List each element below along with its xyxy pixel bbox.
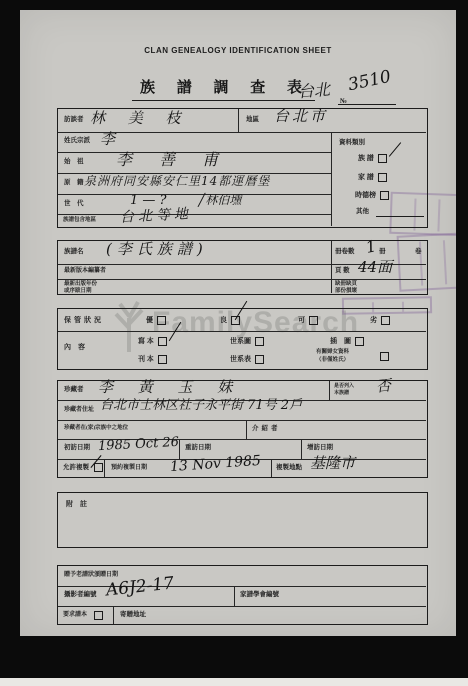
option-label: 族 譜 (358, 154, 374, 162)
category-option: 家 譜 (358, 173, 387, 182)
checkbox (355, 337, 364, 346)
option-label: 優 (146, 316, 153, 324)
checkmark (389, 142, 401, 156)
table-line (58, 331, 426, 332)
copy-date-value: 13 Nov 1985 (170, 454, 262, 474)
checkbox (378, 154, 387, 163)
table-line (58, 420, 426, 421)
category-option: 時德榜 (355, 191, 389, 200)
damaged-label: 部份損壞 (335, 289, 357, 295)
table-line (234, 586, 235, 606)
checkbox (255, 337, 264, 346)
extra-visit-label: 增訪日期 (307, 445, 333, 452)
coverage-label: 族譜包含地區 (63, 218, 96, 224)
interviewer-label: 訪談者 (64, 117, 84, 124)
origin-value: 泉洲府同安縣安仁里14都運曆堡 (84, 175, 270, 187)
option-label: 插 圖 (330, 337, 351, 345)
send-address-label: 寄贈地址 (120, 612, 146, 619)
option-label: 世系圖 (230, 337, 251, 345)
award-date-label: 贈予老譜狀頒贈日期 (64, 572, 118, 578)
listed-value: 否 (375, 378, 392, 394)
table-line (246, 420, 247, 439)
checkbox (255, 355, 264, 364)
ancestor-label: 始 祖 (64, 159, 84, 166)
first-visit-label: 初訪日期 (64, 445, 90, 452)
missing-label: 缺冊缺頁 (335, 282, 357, 288)
compiler-label: 最新版本編纂者 (64, 268, 106, 274)
table-line (331, 241, 332, 293)
interview-table: 訪談者 林 美 枝 地區 台北市 姓氏宗派 李 始 祖 李 善 甫 原 籍 泉洲… (57, 108, 428, 228)
notes-label: 附 註 (66, 501, 87, 508)
checkbox (158, 337, 167, 346)
genealogy-name-value: (李氏族譜) (106, 242, 208, 257)
paper-sheet: CLAN GENEALOGY IDENTIFICATION SHEET 族 譜 … (20, 10, 456, 636)
volumes-label: 冊卷數 (335, 249, 355, 256)
volumes-unit-b: 卷 (415, 249, 422, 256)
volumes-value: 1 (364, 238, 377, 256)
position-label: 珍藏者在(家)宗族中之地位 (64, 426, 128, 432)
genealogy-table: 族譜名 (李氏族譜) 冊卷數 1 冊 卷 最新版本編纂者 頁 數 44面 最新出… (57, 240, 428, 295)
other-underline (376, 216, 424, 217)
women-data-sub: （非僅姓氏） (316, 358, 349, 364)
copy-place-label: 複製地點 (276, 465, 302, 472)
generation-note: ╱林伯壎 (198, 194, 241, 206)
category-other-label: 其他 (356, 209, 369, 216)
option-label: 世系表 (230, 355, 251, 363)
option-label: 劣 (370, 316, 377, 324)
checkbox (380, 352, 389, 361)
allow-copy-label: 允許複製 (63, 465, 89, 472)
generation-value: 1 — ? (130, 194, 167, 207)
introducer-label: 介紹者 (252, 426, 281, 433)
notes-table: 附 註 (57, 492, 428, 548)
address-label: 珍藏者住址 (64, 407, 94, 413)
coverage-value: 台北等地 (120, 207, 193, 225)
option-label: 可 (298, 316, 305, 324)
option-label: 寫 本 (138, 337, 154, 345)
checkmark (235, 301, 248, 320)
area-label: 地區 (246, 117, 259, 124)
number-underline (338, 104, 396, 105)
area-value: 台北市 (274, 109, 328, 124)
option-label: 良 (220, 316, 227, 324)
origin-label: 原 籍 (64, 180, 84, 187)
category-option: 族 譜 (358, 154, 387, 163)
holder-table: 珍藏者 李 黃 玉 妹 是否列入 本族譜 否 珍藏者住址 台北市士林区社子永平街… (57, 380, 428, 478)
table-line (58, 279, 426, 280)
content-label: 內 容 (64, 344, 85, 351)
content-option: 世系表 (230, 355, 264, 364)
checkbox (380, 191, 389, 200)
content-option: 世系圖 (230, 337, 264, 346)
listed-label: 本族譜 (334, 391, 349, 396)
surname-label: 姓氏宗派 (64, 138, 90, 145)
revisit-label: 重訪日期 (185, 445, 211, 452)
pub-year-label: 最新出版年份 (64, 282, 97, 288)
form-title: 族 譜 調 查 表 (132, 76, 315, 101)
copy-place-value: 基隆市 (310, 456, 355, 471)
admin-table: 贈予老譜狀頒贈日期 攝影者編號 A6J2-17 家譜學會編號 要求譜本 寄贈地址 (57, 565, 428, 625)
volumes-unit-a: 冊 (379, 249, 386, 256)
pages-label: 頁 數 (335, 268, 350, 275)
table-line (238, 109, 239, 132)
photographer-value: A6J2-17 (105, 575, 175, 599)
table-line (104, 459, 105, 477)
preface-date-label: 或序跋日期 (64, 289, 92, 295)
checkbox (309, 316, 318, 325)
women-data-label: 有關婦女資料 (316, 350, 349, 356)
request-copy-label: 要求譜本 (63, 612, 87, 618)
society-label: 家譜學會編號 (240, 592, 279, 599)
option-label: 家 譜 (358, 173, 374, 181)
listed-label: 是否列入 (334, 384, 354, 389)
handwritten-number: 3510 (347, 69, 393, 95)
first-visit-value: 1985 Oct 26 (98, 436, 180, 453)
photographer-label: 攝影者編號 (64, 592, 97, 599)
checkbox (378, 173, 387, 182)
checkbox (381, 316, 390, 325)
table-line (331, 132, 332, 226)
holder-name: 李 黃 玉 妹 (98, 380, 242, 395)
table-line (329, 381, 330, 400)
option-label: 時德榜 (355, 191, 376, 199)
checkbox (158, 355, 167, 364)
genealogy-name-label: 族譜名 (64, 249, 84, 256)
table-line (58, 214, 331, 215)
content-option: 刊 本 (138, 355, 167, 364)
surname-value: 李 (100, 132, 115, 147)
content-option: 寫 本 (138, 337, 167, 346)
scanned-document: CLAN GENEALOGY IDENTIFICATION SHEET 族 譜 … (0, 0, 468, 686)
condition-option: 優 (146, 316, 166, 325)
table-line (113, 606, 114, 624)
checkbox (94, 611, 103, 620)
holder-label: 珍藏者 (64, 387, 84, 394)
scan-edge (0, 678, 468, 686)
condition-option: 劣 (370, 316, 390, 325)
copy-date-label: 預約複製日期 (111, 465, 147, 471)
table-line (271, 459, 272, 477)
address-value: 台北市士林区社子永平街 71号 2戶 (100, 399, 302, 412)
content-option: 插 圖 (330, 337, 364, 346)
condition-table: 保管狀況 優 良 可 劣 內 容 寫 本 世系圖 插 圖 (57, 308, 428, 370)
checkbox (94, 463, 103, 472)
table-line (58, 194, 331, 195)
keep-label: 保管狀況 (64, 317, 104, 324)
pages-value: 44面 (358, 260, 392, 275)
generation-label: 世 代 (64, 201, 84, 208)
category-title: 資料類別 (339, 140, 365, 147)
english-title: CLAN GENEALOGY IDENTIFICATION SHEET (20, 46, 456, 55)
interviewer-name: 林 美 枝 (90, 111, 190, 126)
option-label: 刊 本 (138, 355, 154, 363)
handwritten-region: 台北 (297, 82, 330, 101)
table-line (301, 439, 302, 459)
ancestor-value: 李 善 甫 (116, 152, 229, 168)
condition-option: 可 (298, 316, 318, 325)
checkbox (157, 316, 166, 325)
